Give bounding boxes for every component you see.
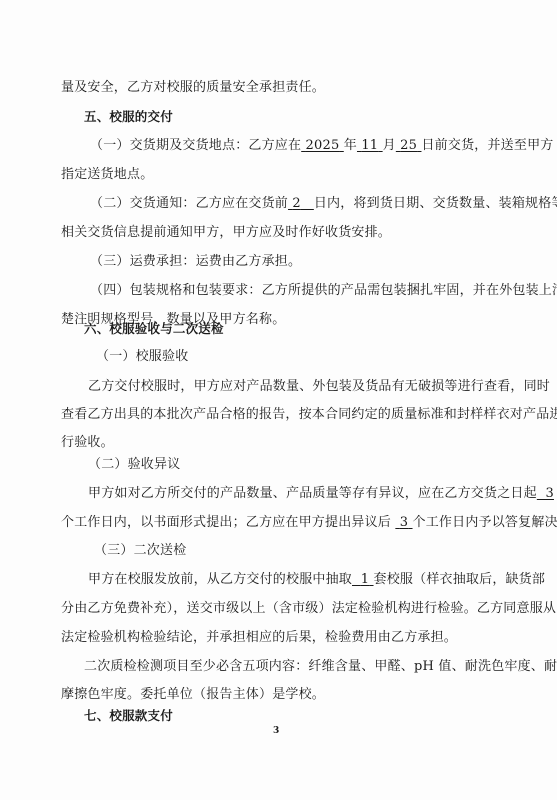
text: 查看乙方出具的本批次产品合格的报告，按本合同约定的质量标准和封样样衣对产品进	[61, 407, 557, 422]
text: （四）包装规格和包装要求：乙方所提供的产品需包装捆扎牢固，并在外包装上清	[90, 283, 557, 298]
paragraph-line: 摩擦色牢度。委托单位（报告主体）是学校。	[61, 686, 501, 704]
text: （三）二次送检	[94, 543, 186, 558]
text: 行验收。	[61, 435, 114, 450]
heading-text: 七、校服款支付	[84, 708, 173, 723]
text: （二）交货通知：乙方应在交货前	[90, 196, 288, 211]
text: 摩擦色牢度。委托单位（报告主体）是学校。	[61, 687, 325, 702]
text: 套校服（样衣抽取后，缺货部	[374, 572, 546, 587]
text: 相关交货信息提前通知甲方，甲方应及时作好收货安排。	[61, 225, 391, 240]
delivery-day-field: 25	[396, 138, 422, 153]
section-heading-6: 六、校服验收与二次送检	[84, 320, 524, 338]
subheading-objection: （二）验收异议	[88, 456, 528, 474]
reply-days-field: 3	[395, 515, 412, 530]
paragraph-line: 指定送货地点。	[61, 166, 501, 184]
text: 年	[344, 138, 357, 153]
clause-freight: （三）运费承担：运费由乙方承担。	[90, 253, 530, 271]
text: 分由乙方免费补充），送交市级以上（含市级）法定检验机构进行检验。乙方同意服从	[61, 601, 556, 616]
text: 二次质检检测项目至少必含五项内容：纤维含量、甲醛、pH 值、耐洗色牢度、耐干	[84, 659, 557, 674]
objection-days-field: 3	[537, 486, 554, 501]
document-page: 量及安全，乙方对校服的质量安全承担责任。 五、校服的交付 （一）交货期及交货地点…	[0, 0, 557, 800]
text: （一）校服验收	[96, 349, 188, 364]
text: 个工作日内，以书面形式提出；乙方应在甲方提出异议后	[61, 515, 391, 530]
paragraph-line: 乙方交付校服时，甲方应对产品数量、外包装及货品有无破损等进行查看，同时	[88, 378, 528, 396]
paragraph-line: 查看乙方出具的本批次产品合格的报告，按本合同约定的质量标准和封样样衣对产品进	[61, 406, 501, 424]
text: 日内，将到货日期、交货数量、装箱规格等	[314, 196, 557, 211]
section-heading-7: 七、校服款支付	[84, 707, 524, 725]
text: 甲方在校服发放前，从乙方交付的校服中抽取	[88, 572, 352, 587]
text: 月	[383, 138, 396, 153]
text: （二）验收异议	[88, 457, 180, 472]
text: 个工作日内予以答复解决。	[413, 515, 557, 530]
paragraph-line: 量及安全，乙方对校服的质量安全承担责任。	[61, 79, 501, 97]
heading-text: 五、校服的交付	[84, 109, 173, 124]
subheading-acceptance: （一）校服验收	[96, 348, 536, 366]
section-heading-5: 五、校服的交付	[84, 108, 524, 126]
delivery-year-field: 2025	[301, 138, 344, 153]
subheading-retest: （三）二次送检	[94, 542, 534, 560]
clause-objection-reply: 个工作日内，以书面形式提出；乙方应在甲方提出异议后 3 个工作日内予以答复解决。	[61, 514, 501, 532]
sample-count-field: 1	[352, 572, 374, 587]
clause-sampling: 甲方在校服发放前，从乙方交付的校服中抽取 1 套校服（样衣抽取后，缺货部	[88, 571, 528, 589]
text: 日前交货，并送至甲方	[421, 138, 553, 153]
notice-days-field: 2	[288, 196, 314, 211]
text: 指定送货地点。	[61, 167, 153, 182]
page-number: 3	[273, 726, 279, 736]
delivery-month-field: 11	[357, 138, 383, 153]
paragraph-line: 相关交货信息提前通知甲方，甲方应及时作好收货安排。	[61, 224, 501, 242]
heading-text: 六、校服验收与二次送检	[84, 321, 224, 336]
clause-objection: 甲方如对乙方所交付的产品数量、产品质量等存有异议，应在乙方交货之日起 3	[88, 485, 528, 503]
clause-test-items: 二次质检检测项目至少必含五项内容：纤维含量、甲醛、pH 值、耐洗色牢度、耐干	[84, 658, 524, 676]
clause-packaging: （四）包装规格和包装要求：乙方所提供的产品需包装捆扎牢固，并在外包装上清	[90, 282, 530, 300]
clause-delivery-date: （一）交货期及交货地点：乙方应在 2025 年 11 月 25 日前交货，并送至…	[90, 137, 530, 155]
text: 乙方交付校服时，甲方应对产品数量、外包装及货品有无破损等进行查看，同时	[88, 379, 550, 394]
text: （三）运费承担：运费由乙方承担。	[90, 254, 301, 269]
paragraph-line: 分由乙方免费补充），送交市级以上（含市级）法定检验机构进行检验。乙方同意服从	[61, 600, 501, 618]
text: 甲方如对乙方所交付的产品数量、产品质量等存有异议，应在乙方交货之日起	[88, 486, 537, 501]
paragraph-line: 法定检验机构检验结论，并承担相应的后果，检验费用由乙方承担。	[61, 629, 501, 647]
text: （一）交货期及交货地点：乙方应在	[90, 138, 301, 153]
text: 量及安全，乙方对校服的质量安全承担责任。	[61, 80, 325, 95]
text: 法定检验机构检验结论，并承担相应的后果，检验费用由乙方承担。	[61, 630, 457, 645]
paragraph-line: 行验收。	[61, 434, 501, 452]
clause-delivery-notice: （二）交货通知：乙方应在交货前 2 日内，将到货日期、交货数量、装箱规格等	[90, 195, 530, 213]
